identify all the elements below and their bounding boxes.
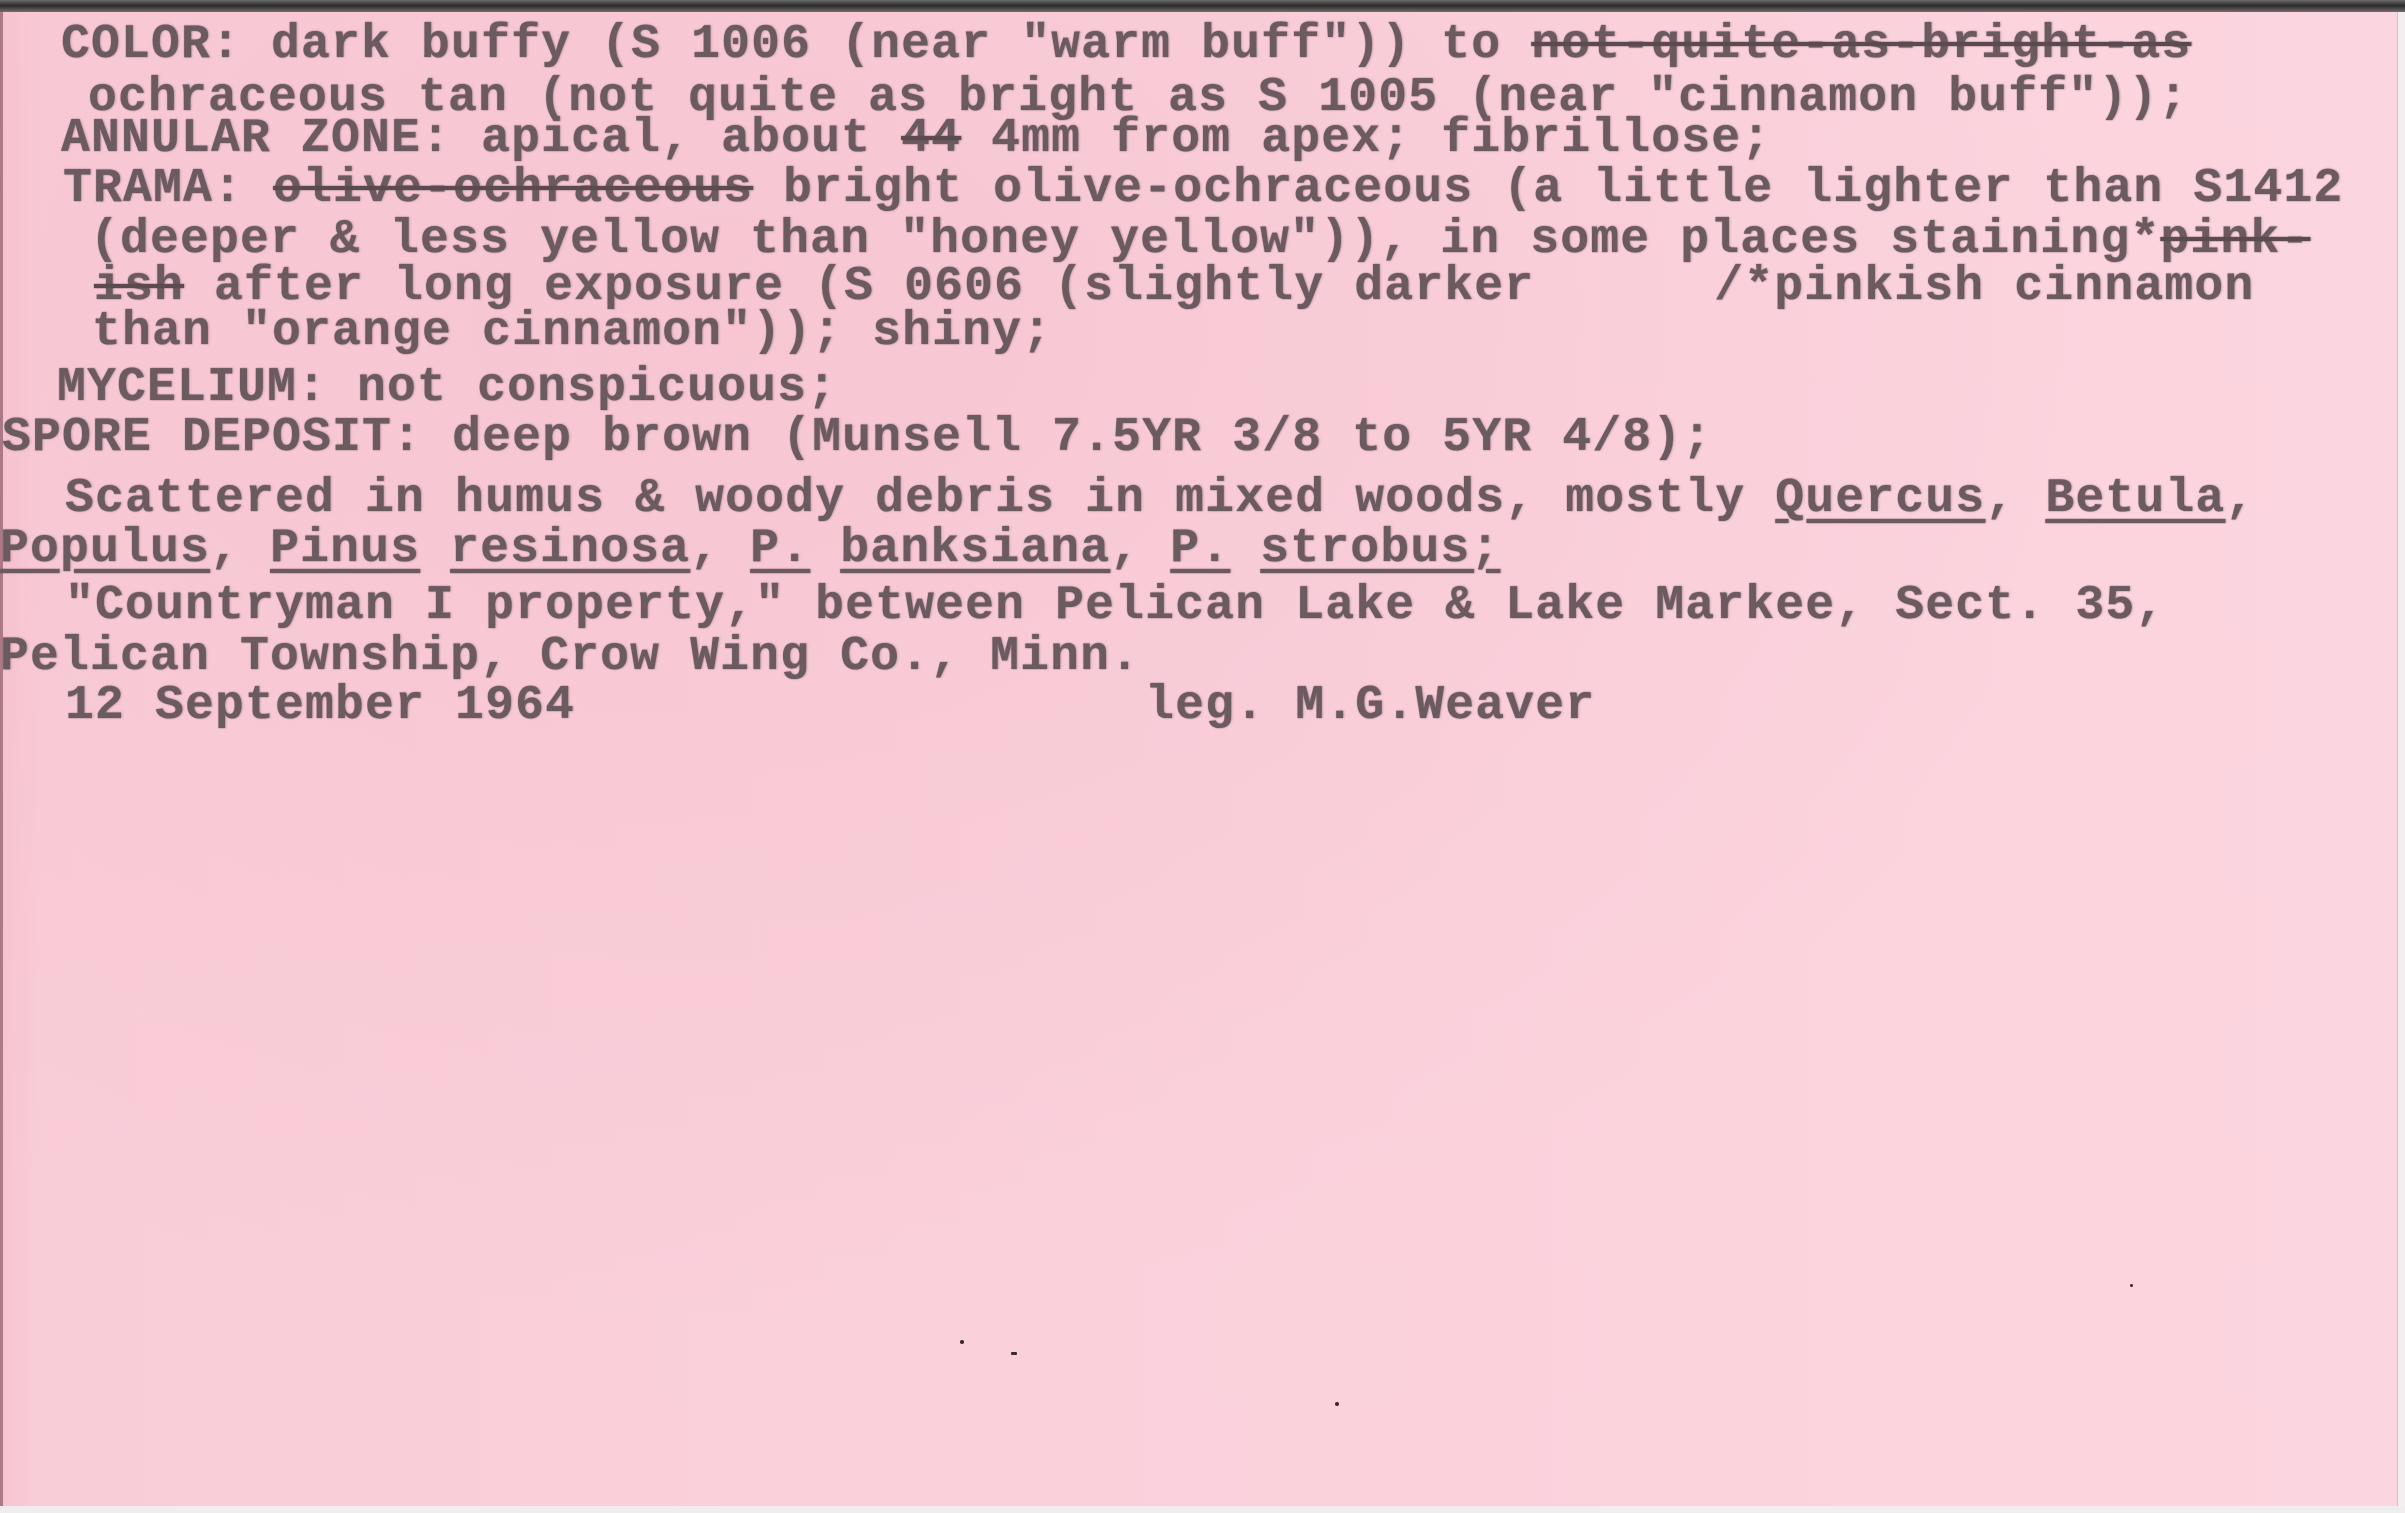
struck-text: pink-	[2160, 213, 2310, 267]
scan-right-edge	[2397, 12, 2405, 1513]
underlined-taxon: Pinus	[270, 522, 420, 576]
underlined-taxon: Populus	[0, 522, 210, 576]
line-date-collector: 12 September 1964 leg. M.G.Weaver	[65, 681, 1595, 731]
line-habitat-2: Populus, Pinus resinosa, P. banksiana, P…	[0, 524, 1500, 574]
text-segment: COLOR: dark buffy (S 1006 (near "warm bu…	[61, 18, 1531, 72]
scan-left-edge	[0, 12, 3, 1506]
scan-bottom-edge	[0, 1506, 2405, 1513]
text-segment: ,	[690, 522, 750, 576]
paper-speck	[1011, 1352, 1017, 1355]
text-segment: than "orange cinnamon")); shiny;	[92, 305, 1052, 359]
line-trama-2: (deeper & less yellow than "honey yellow…	[90, 215, 2310, 265]
paper-speck	[2130, 1284, 2133, 1287]
line-trama-4: than "orange cinnamon")); shiny;	[92, 307, 1052, 357]
text-segment: ,	[1110, 522, 1170, 576]
struck-text: not-quite-as-bright-as	[1531, 18, 2191, 72]
text-segment: ,	[2225, 472, 2255, 526]
underlined-taxon: resinosa	[450, 522, 690, 576]
line-spore-deposit: SPORE DEPOSIT: deep brown (Munsell 7.5YR…	[2, 413, 1712, 463]
text-segment	[420, 522, 450, 576]
underlined-taxon: Quercus	[1775, 472, 1985, 526]
line-locality-2: Pelican Township, Crow Wing Co., Minn.	[0, 632, 1140, 682]
line-annular-zone: ANNULAR ZONE: apical, about 44 4mm from …	[61, 114, 1771, 164]
text-segment: 12 September 1964 leg. M.G.Weaver	[65, 679, 1595, 733]
text-segment: 4mm from apex; fibrillose;	[961, 112, 1771, 166]
text-segment: SPORE DEPOSIT: deep brown (Munsell 7.5YR…	[2, 411, 1712, 465]
underlined-taxon: P.	[1170, 522, 1230, 576]
text-segment: TRAMA:	[63, 162, 273, 216]
underlined-taxon: P.	[750, 522, 810, 576]
underlined-taxon: Betula	[2045, 472, 2225, 526]
line-color-1: COLOR: dark buffy (S 1006 (near "warm bu…	[61, 20, 2191, 70]
text-segment	[1230, 522, 1260, 576]
line-trama-1: TRAMA: olive-ochraceous bright olive-och…	[63, 164, 2343, 214]
text-segment: Scattered in humus & woody debris in mix…	[65, 472, 1775, 526]
text-segment: Pelican Township, Crow Wing Co., Minn.	[0, 630, 1140, 684]
text-segment: "Countryman I property," between Pelican…	[65, 579, 2165, 633]
line-locality-1: "Countryman I property," between Pelican…	[65, 581, 2165, 631]
paper-speck	[960, 1340, 964, 1344]
text-segment: bright olive-ochraceous (a little lighte…	[753, 162, 2343, 216]
struck-text: olive-ochraceous	[273, 162, 753, 216]
paper-speck	[1335, 1402, 1339, 1406]
text-segment: (deeper & less yellow than "honey yellow…	[90, 213, 2160, 267]
line-habitat-1: Scattered in humus & woody debris in mix…	[65, 474, 2255, 524]
underlined-taxon: strobus;	[1260, 522, 1500, 576]
line-mycelium: MYCELIUM: not conspicuous;	[57, 363, 837, 413]
text-segment: ,	[1985, 472, 2045, 526]
text-segment: ,	[210, 522, 270, 576]
text-segment	[810, 522, 840, 576]
underlined-taxon: banksiana	[840, 522, 1110, 576]
struck-text: 44	[901, 112, 961, 166]
text-segment: MYCELIUM: not conspicuous;	[57, 361, 837, 415]
text-segment: ANNULAR ZONE: apical, about	[61, 112, 901, 166]
